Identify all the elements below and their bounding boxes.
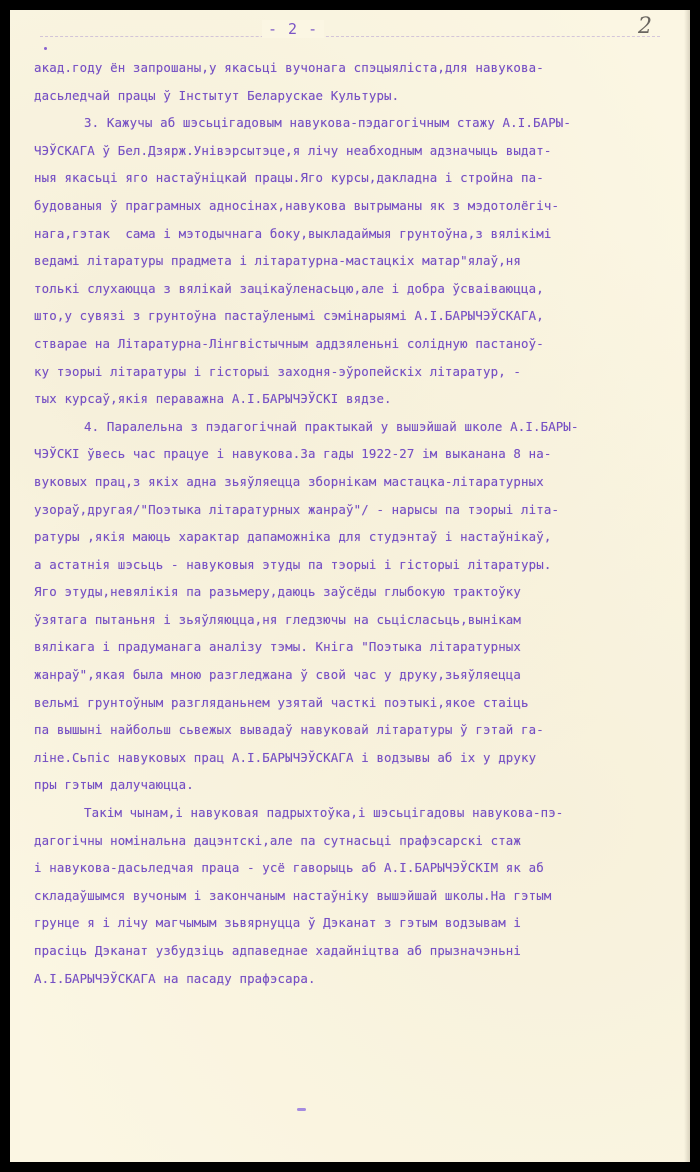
- text-line: ведамi лiтаратуры прадмета i лiтаратурна…: [34, 247, 690, 275]
- text-line: вялiкага i прадуманага аналiзу тэмы. Кнi…: [34, 633, 690, 661]
- text-line: вельмi грунтоўным разгляданьнем узятай ч…: [34, 689, 690, 717]
- text-line: стварае на Лiтаратурна-Лiнгвiстычным адд…: [34, 330, 690, 358]
- text-line: узораў,другая/"Поэтыка лiтаратурных жанр…: [34, 496, 690, 524]
- text-line: Яго этуды,невялiкiя па разьмеру,даюць за…: [34, 578, 690, 606]
- text-line: толькi слухаюцца з вялiкай зацiкаўленась…: [34, 275, 690, 303]
- text-line: лiне.Сьпiс навуковых прац А.I.БАРЫЧЭЎСКА…: [34, 744, 690, 772]
- text-line: Такiм чынам,i навуковая падрыхтоўка,i шэ…: [34, 799, 690, 827]
- text-line: i навукова-дасьледчая праца - усё гаворы…: [34, 854, 690, 882]
- stray-ink-mark: [297, 1108, 306, 1111]
- handwritten-page-number: 2: [638, 14, 652, 39]
- text-line: жанраў",якая была мною разгледжана ў сво…: [34, 661, 690, 689]
- text-line: будованыя ў праграмных адносiнах,навуков…: [34, 192, 690, 220]
- text-line: дасьледчай працы ў Iнстытут Беларускае К…: [34, 82, 690, 110]
- text-line: акад.году ён запрошаны,у якасьці вучонаг…: [34, 54, 690, 82]
- text-line: 4. Паралельна з пэдагогiчнай практыкай у…: [34, 413, 690, 441]
- margin-ink-dot: [44, 47, 47, 50]
- text-line: складаўшымся вучоным i закончаным настаў…: [34, 882, 690, 910]
- text-line: ўзятага пытаньня i зьяўляюцца,ня гледзюч…: [34, 606, 690, 634]
- text-line: па вышынi найбольш сьвежых вывадаў навук…: [34, 716, 690, 744]
- text-line: А.I.БАРЫЧЭЎСКАГА на пасаду прафэсара.: [34, 965, 690, 993]
- text-line: дагогiчны номiнальна дацэнтскi,але па су…: [34, 827, 690, 855]
- text-line: ЧЭЎСКI ўвесь час працуе i навукова.За га…: [34, 440, 690, 468]
- document-page: - 2 - 2 акад.году ён запрошаны,у якасьці…: [10, 10, 690, 1162]
- text-line: ку тэорыi лiтаратуры i гiсторыi заходня-…: [34, 358, 690, 386]
- header-dotted-rule: [40, 36, 660, 37]
- text-line: прасiць Дэканат узбудзiць адпаведнае хад…: [34, 937, 690, 965]
- text-line: ныя якасьцi яго настаўнiцкай працы.Яго к…: [34, 164, 690, 192]
- text-line: ЧЭЎСКАГА ў Бел.Дзярж.Унiвэрсытэце,я лiчу…: [34, 137, 690, 165]
- text-line: тых курсаў,якiя пераважна А.I.БАРЫЧЭЎСКI…: [34, 385, 690, 413]
- typed-page-number: - 2 -: [262, 20, 324, 38]
- typewritten-text-body: акад.году ён запрошаны,у якасьці вучонаг…: [34, 54, 690, 992]
- text-line: а астатнiя шэсьць - навуковыя этуды па т…: [34, 551, 690, 579]
- text-line: вуковых прац,з якiх адна зьяўляецца збор…: [34, 468, 690, 496]
- text-line: пры гэтым далучаюцца.: [34, 771, 690, 799]
- text-line: нага,гэтак сама i мэтодычнага боку,выкла…: [34, 220, 690, 248]
- text-line: 3. Кажучы аб шэсьцiгадовым навукова-пэда…: [34, 109, 690, 137]
- text-line: што,у сувязi з грунтоўна пастаўленымi сэ…: [34, 302, 690, 330]
- text-line: грунце я i лiчу магчымым зьвярнуцца ў Дэ…: [34, 909, 690, 937]
- text-line: ратуры ,якiя маюць характар дапаможнiка …: [34, 523, 690, 551]
